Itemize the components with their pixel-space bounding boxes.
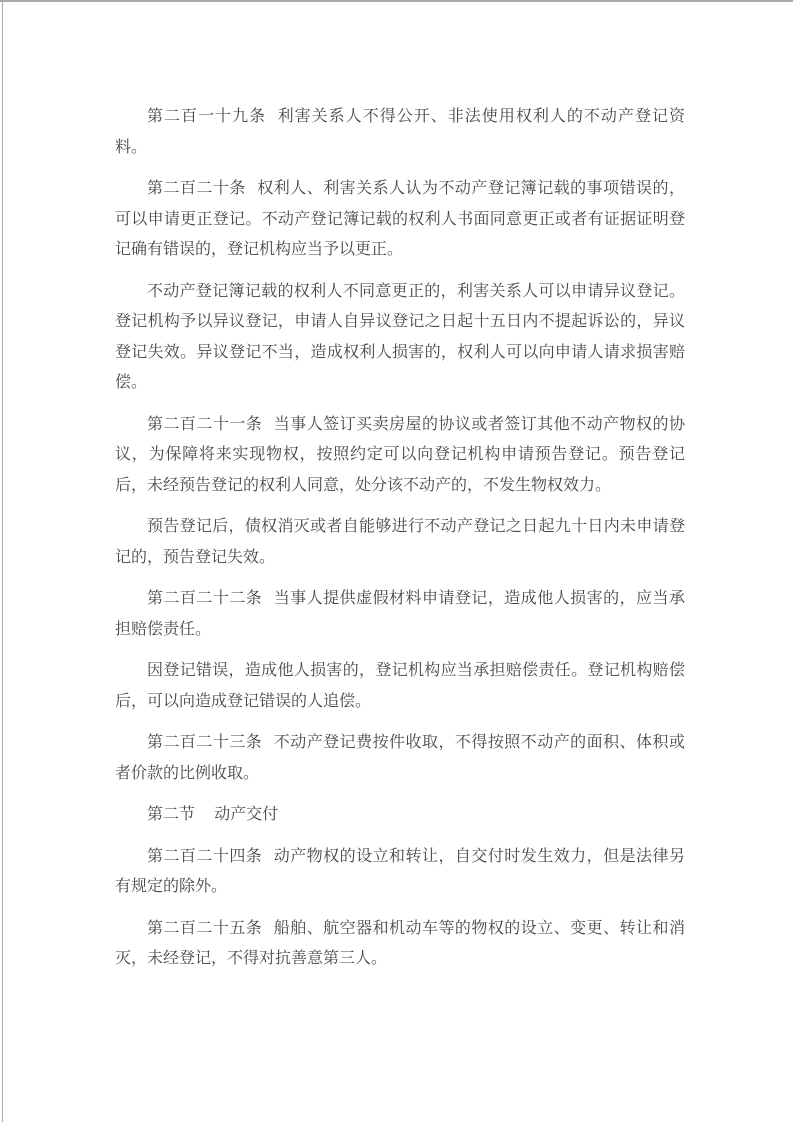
paragraph: 第二百二十条权利人、利害关系人认为不动产登记簿记载的事项错误的，可以申请更正登记… xyxy=(115,174,685,266)
article-number: 第二百二十一条 xyxy=(147,416,262,433)
document-content: 第二百一十九条利害关系人不得公开、非法使用权利人的不动产登记资料。第二百二十条权… xyxy=(0,2,793,975)
page-left-border xyxy=(2,2,3,1122)
paragraph-text: 动产交付 xyxy=(214,806,278,823)
article-number: 第二百二十三条 xyxy=(147,734,262,751)
paragraph: 第二百二十三条不动产登记费按件收取，不得按照不动产的面积、体积或者价款的比例收取… xyxy=(115,728,685,789)
paragraph: 第二百一十九条利害关系人不得公开、非法使用权利人的不动产登记资料。 xyxy=(115,102,685,163)
paragraph: 因登记错误，造成他人损害的，登记机构应当承担赔偿责任。登记机构赔偿后，可以向造成… xyxy=(115,656,685,717)
article-number: 第二百二十五条 xyxy=(147,920,262,937)
paragraph-text: 预告登记后，债权消灭或者自能够进行不动产登记之日起九十日内未申请登记的，预告登记… xyxy=(115,518,685,566)
article-number: 第二百二十条 xyxy=(147,180,246,197)
paragraph-text: 因登记错误，造成他人损害的，登记机构应当承担赔偿责任。登记机构赔偿后，可以向造成… xyxy=(115,662,685,710)
article-number: 第二百二十四条 xyxy=(147,848,262,865)
paragraph: 第二百二十一条当事人签订买卖房屋的协议或者签订其他不动产物权的协议，为保障将来实… xyxy=(115,410,685,502)
paragraph: 不动产登记簿记载的权利人不同意更正的，利害关系人可以申请异议登记。登记机构予以异… xyxy=(115,277,685,399)
paragraph-text: 不动产登记簿记载的权利人不同意更正的，利害关系人可以申请异议登记。登记机构予以异… xyxy=(115,283,685,392)
article-number: 第二百一十九条 xyxy=(147,108,266,125)
article-number: 第二百二十二条 xyxy=(147,590,262,607)
paragraph: 第二百二十五条船舶、航空器和机动车等的物权的设立、变更、转让和消灭，未经登记，不… xyxy=(115,914,685,975)
document-page: 第二百一十九条利害关系人不得公开、非法使用权利人的不动产登记资料。第二百二十条权… xyxy=(0,0,793,1122)
paragraph: 预告登记后，债权消灭或者自能够进行不动产登记之日起九十日内未申请登记的，预告登记… xyxy=(115,512,685,573)
paragraph: 第二百二十四条动产物权的设立和转让，自交付时发生效力，但是法律另有规定的除外。 xyxy=(115,842,685,903)
section-number: 第二节 xyxy=(147,806,195,823)
section-heading: 第二节动产交付 xyxy=(115,800,685,831)
paragraph: 第二百二十二条当事人提供虚假材料申请登记，造成他人损害的，应当承担赔偿责任。 xyxy=(115,584,685,645)
